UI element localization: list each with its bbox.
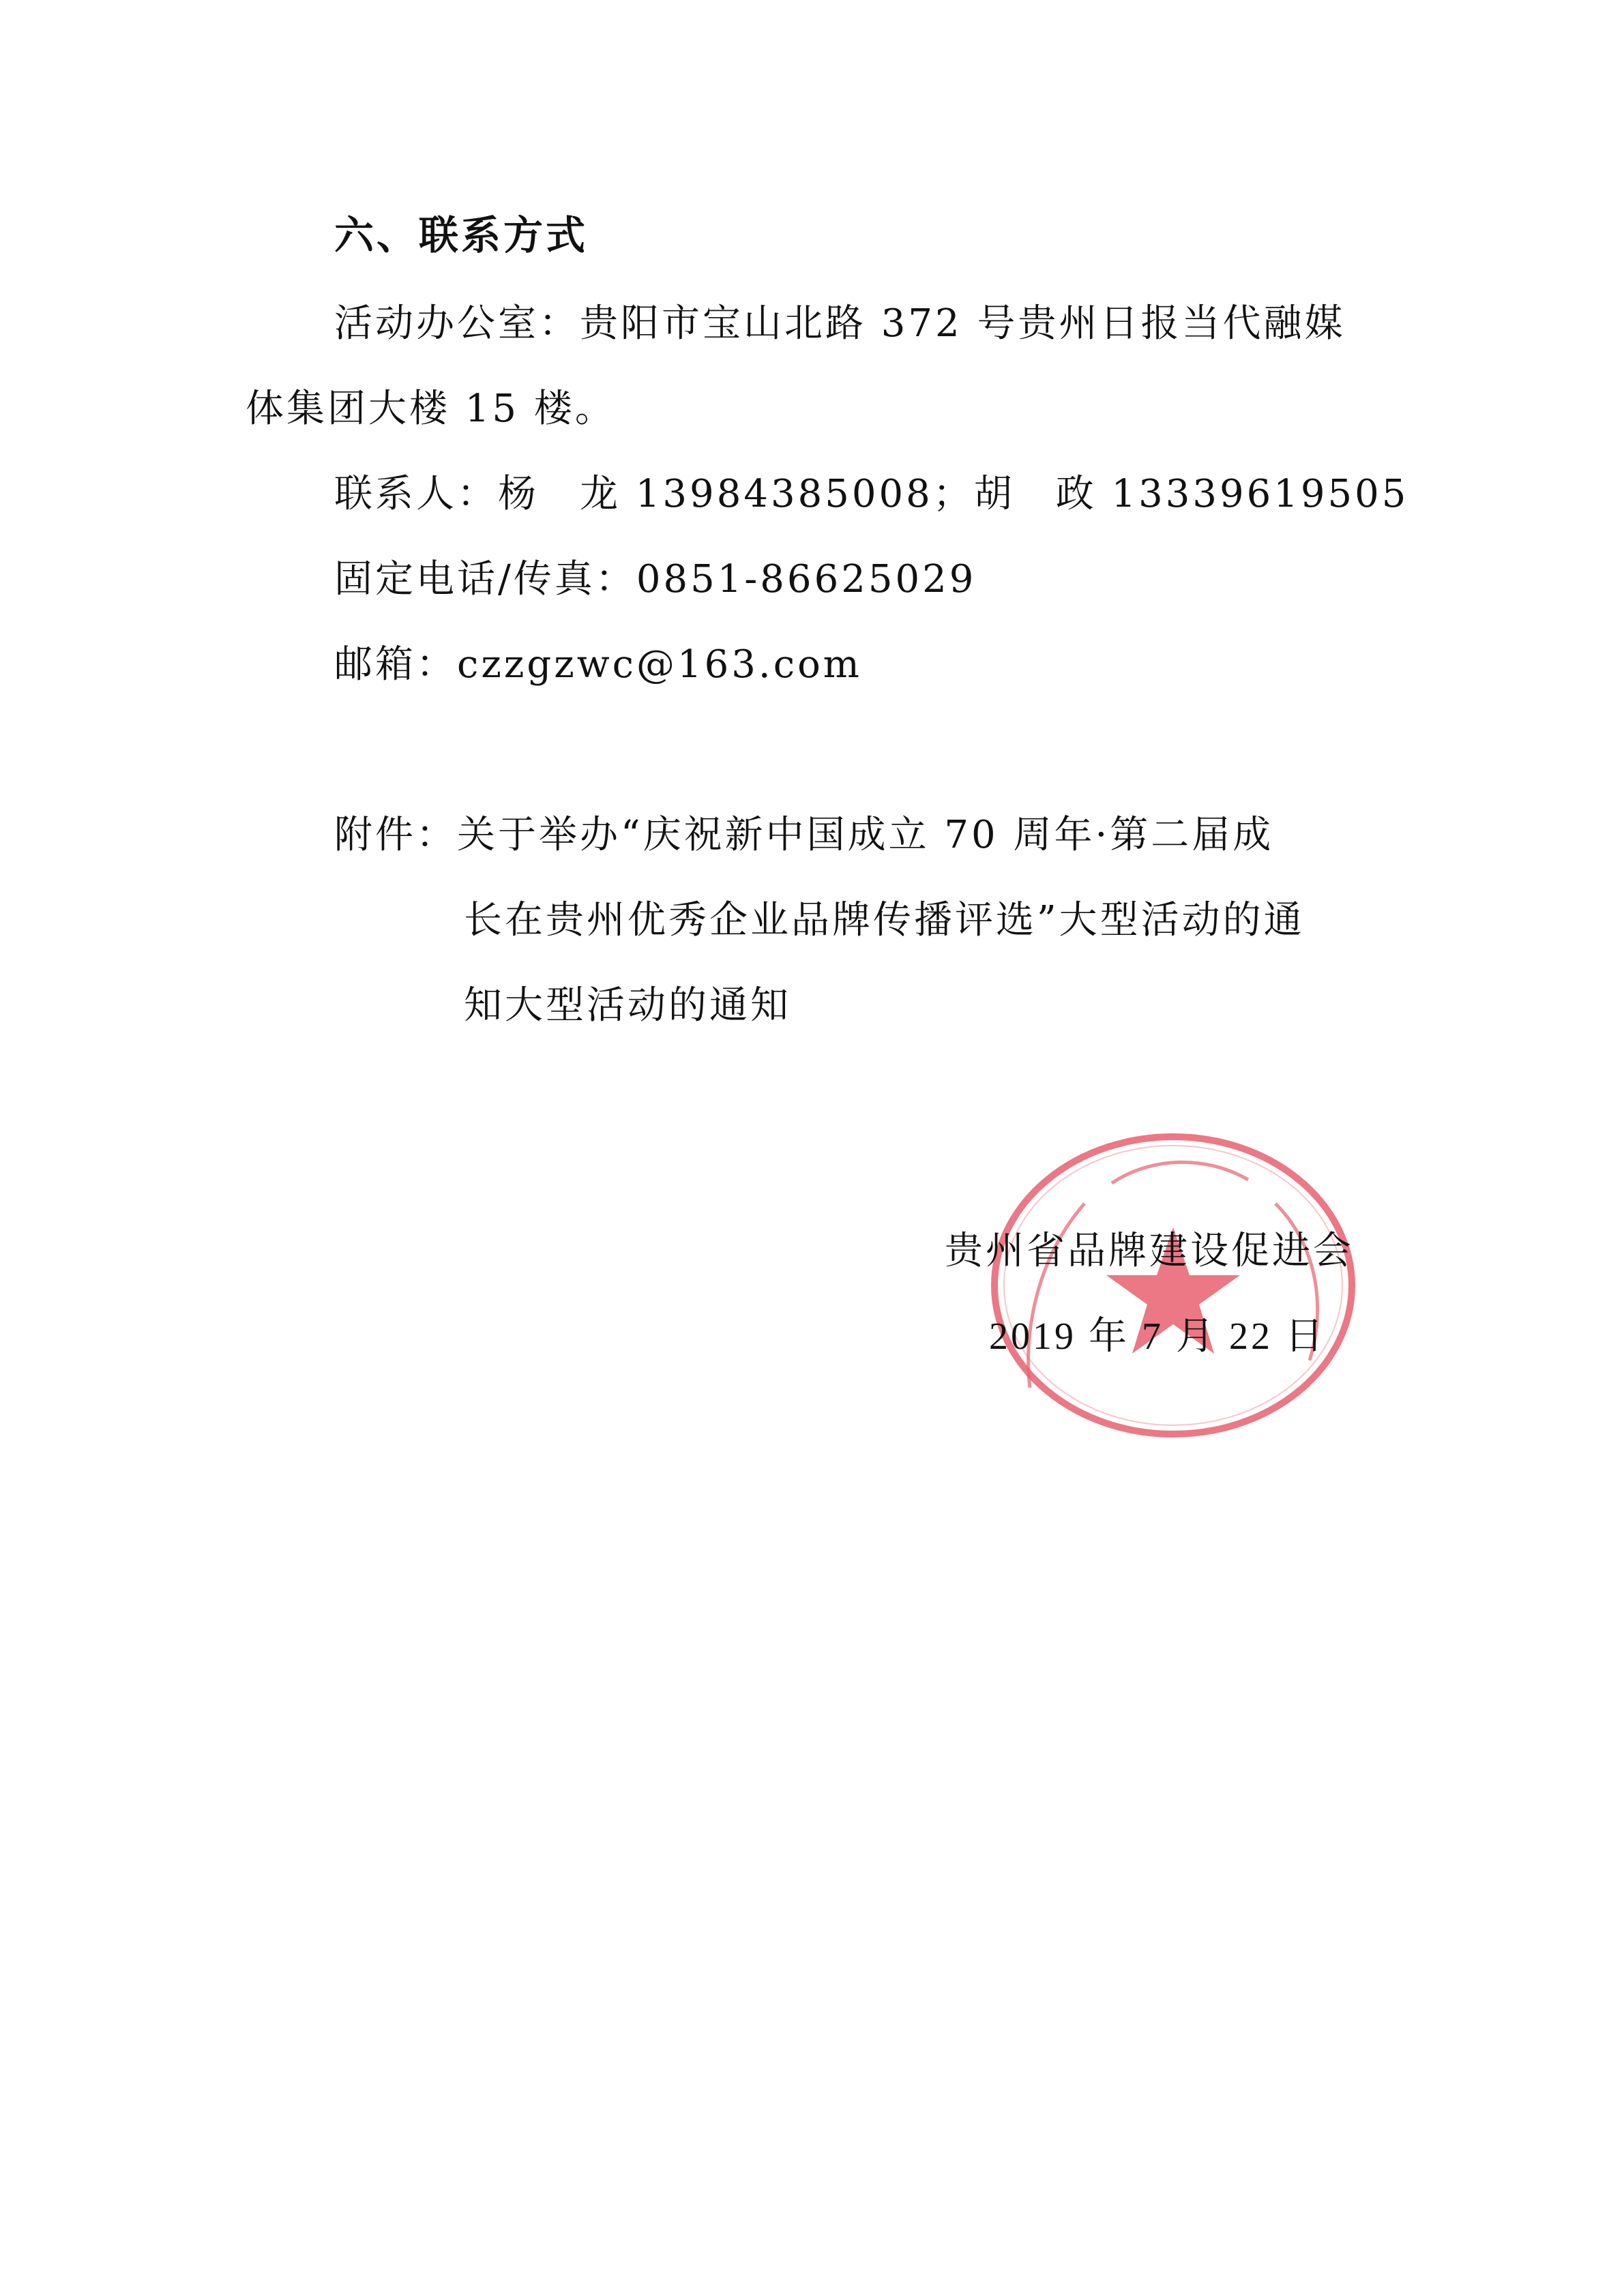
- signing-date: 2019 年 7 月 22 日: [989, 1313, 1326, 1360]
- official-seal-stamp: [982, 1129, 1364, 1442]
- phone-fax-line: 固定电话/传真：0851-86625029: [334, 556, 976, 603]
- attachment-line-1: 附件：关于举办“庆祝新中国成立 70 周年·第二届成: [334, 811, 1273, 859]
- attachment-line-3: 知大型活动的通知: [464, 982, 791, 1030]
- office-address-line-1: 活动办公室：贵阳市宝山北路 372 号贵州日报当代融媒: [334, 300, 1346, 348]
- email-line: 邮箱：czzgzwc@163.com: [334, 641, 862, 689]
- signing-organization: 贵州省品牌建设促进会: [945, 1227, 1354, 1275]
- section-heading: 六、联系方式: [334, 211, 588, 259]
- contact-persons-line: 联系人：杨 龙 13984385008；胡 政 13339619505: [334, 471, 1408, 518]
- office-address-line-2: 体集团大楼 15 楼。: [246, 385, 616, 433]
- attachment-line-2: 长在贵州优秀企业品牌传播评选”大型活动的通: [464, 897, 1305, 944]
